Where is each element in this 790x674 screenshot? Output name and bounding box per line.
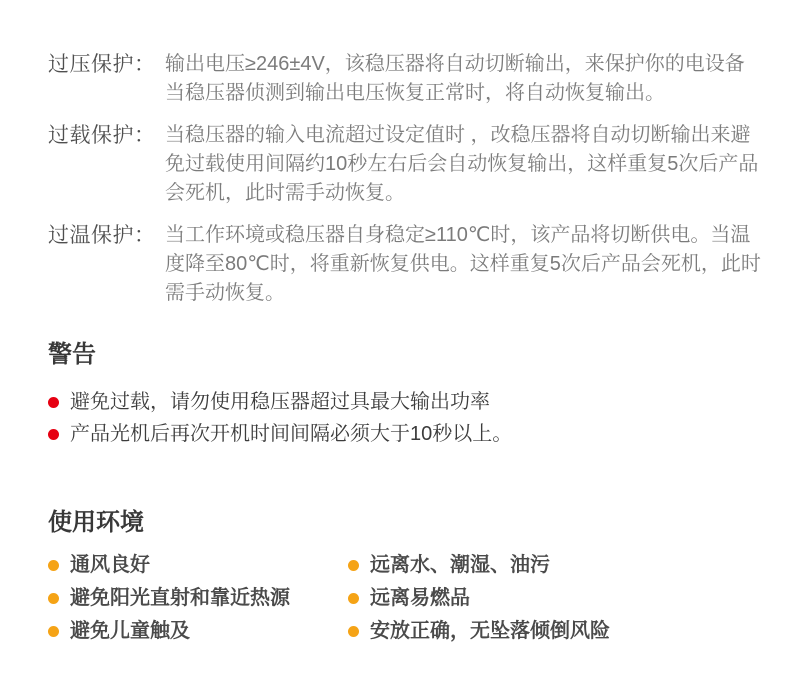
warning-heading: 警告 xyxy=(48,338,745,372)
overvoltage-text-line-2: 当稳压器侦测到输出电压恢复正常时，将自动恢复输出。 xyxy=(165,79,745,108)
environment-item: 远离水、潮湿、油污 xyxy=(348,549,745,582)
orange-bullet-icon xyxy=(348,593,359,604)
overtemperature-protection-body: 当工作环境或稳压器自身稳定≥110℃时，该产品将切断供电。当温 度降至80℃时，… xyxy=(165,221,761,308)
orange-bullet-icon xyxy=(348,626,359,637)
overload-text-line-1: 当稳压器的输入电流超过设定值时 ，改稳压器将自动切断输出来避 xyxy=(165,121,758,150)
environment-list: 通风良好 避免阳光直射和靠近热源 避免儿童触及 远离水、潮湿、油污 远离易燃品 xyxy=(48,549,745,648)
overvoltage-protection-body: 输出电压≥246±4V，该稳压器将自动切断输出，来保护你的电设备 当稳压器侦测到… xyxy=(165,50,745,108)
overload-protection-label: 过载保护： xyxy=(48,121,165,150)
overload-text-line-2: 免过载使用间隔约10秒左右后会自动恢复输出，这样重复5次后产品 xyxy=(165,150,758,179)
warning-item: 避免过载，请勿使用稳压器超过具最大输出功率 xyxy=(48,386,745,418)
overtemperature-text-line-2: 度降至80℃时，将重新恢复供电。这样重复5次后产品会死机，此时 xyxy=(165,250,761,279)
warning-item-text: 产品光机后再次开机时间间隔必须大于10秒以上。 xyxy=(70,418,512,450)
overload-protection-section: 过载保护： 当稳压器的输入电流超过设定值时 ，改稳压器将自动切断输出来避 免过载… xyxy=(48,121,745,208)
orange-bullet-icon xyxy=(48,593,59,604)
overvoltage-text-line-1: 输出电压≥246±4V，该稳压器将自动切断输出，来保护你的电设备 xyxy=(165,50,745,79)
environment-left-column: 通风良好 避免阳光直射和靠近热源 避免儿童触及 xyxy=(48,549,348,648)
overload-text-line-3: 会死机，此时需手动恢复。 xyxy=(165,179,758,208)
environment-item: 远离易燃品 xyxy=(348,582,745,615)
environment-item-text: 远离水、潮湿、油污 xyxy=(370,549,550,582)
environment-item: 通风良好 xyxy=(48,549,348,582)
orange-bullet-icon xyxy=(48,626,59,637)
environment-item: 避免儿童触及 xyxy=(48,615,348,648)
environment-right-column: 远离水、潮湿、油污 远离易燃品 安放正确，无坠落倾倒风险 xyxy=(348,549,745,648)
product-manual-page: 过压保护： 输出电压≥246±4V，该稳压器将自动切断输出，来保护你的电设备 当… xyxy=(0,0,790,674)
red-bullet-icon xyxy=(48,429,59,440)
overtemperature-protection-label: 过温保护： xyxy=(48,221,165,250)
overvoltage-protection-section: 过压保护： 输出电压≥246±4V，该稳压器将自动切断输出，来保护你的电设备 当… xyxy=(48,50,745,108)
environment-item-text: 安放正确，无坠落倾倒风险 xyxy=(370,615,610,648)
red-bullet-icon xyxy=(48,397,59,408)
environment-item: 安放正确，无坠落倾倒风险 xyxy=(348,615,745,648)
overtemperature-text-line-1: 当工作环境或稳压器自身稳定≥110℃时，该产品将切断供电。当温 xyxy=(165,221,761,250)
environment-heading: 使用环境 xyxy=(48,506,745,540)
environment-item-text: 避免儿童触及 xyxy=(70,615,190,648)
overtemperature-text-line-3: 需手动恢复。 xyxy=(165,279,761,308)
environment-item-text: 避免阳光直射和靠近热源 xyxy=(70,582,290,615)
overvoltage-protection-label: 过压保护： xyxy=(48,50,165,79)
environment-item-text: 远离易燃品 xyxy=(370,582,470,615)
warning-item: 产品光机后再次开机时间间隔必须大于10秒以上。 xyxy=(48,418,745,450)
environment-item: 避免阳光直射和靠近热源 xyxy=(48,582,348,615)
environment-item-text: 通风良好 xyxy=(70,549,150,582)
overtemperature-protection-section: 过温保护： 当工作环境或稳压器自身稳定≥110℃时，该产品将切断供电。当温 度降… xyxy=(48,221,745,308)
orange-bullet-icon xyxy=(348,560,359,571)
overload-protection-body: 当稳压器的输入电流超过设定值时 ，改稳压器将自动切断输出来避 免过载使用间隔约1… xyxy=(165,121,758,208)
warning-item-text: 避免过载，请勿使用稳压器超过具最大输出功率 xyxy=(70,386,490,418)
orange-bullet-icon xyxy=(48,560,59,571)
warning-list: 避免过载，请勿使用稳压器超过具最大输出功率 产品光机后再次开机时间间隔必须大于1… xyxy=(48,386,745,450)
